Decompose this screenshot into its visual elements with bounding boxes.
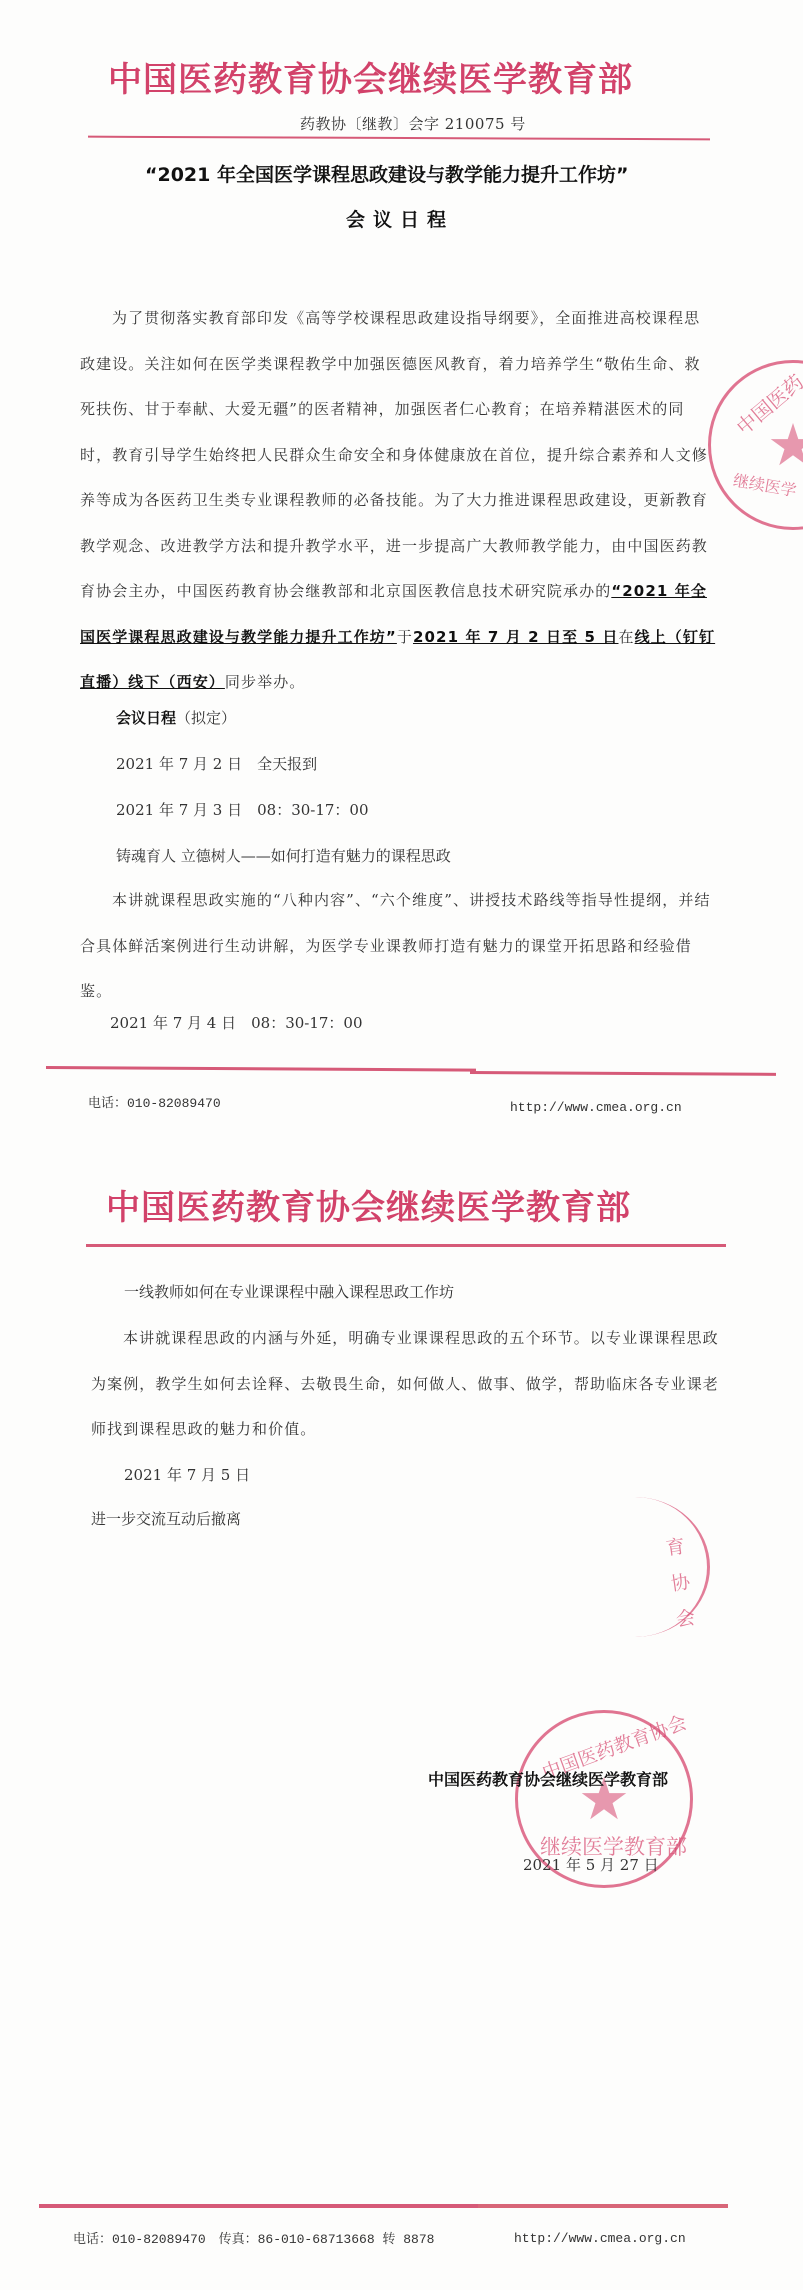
letterhead-title: 中国医药教育协会继续医学教育部 — [108, 52, 633, 101]
star-icon: ★ — [767, 416, 803, 474]
letterhead-title-page-2: 中国医药教育协会继续医学教育部 — [106, 1180, 631, 1229]
header-divider — [88, 136, 710, 141]
schedule-day-4: 2021 年 7 月 5 日 — [124, 1453, 250, 1498]
intro-connector: 于 — [397, 628, 413, 646]
event-dates: 2021 年 7 月 2 日至 5 日 — [413, 628, 619, 646]
partial-seal-stamp: 育协会 — [560, 1497, 710, 1637]
footer-divider-page-2 — [39, 2204, 481, 2208]
schedule-day-3-topic: 一线教师如何在专业课课程中融入课程思政工作坊 — [124, 1270, 454, 1315]
document-number: 药教协〔继教〕会字 210075 号 — [300, 113, 526, 134]
footer-phone: 电话：010-82089470 — [88, 1092, 221, 1111]
intro-text: 为了贯彻落实教育部印发《高等学校课程思政建设指导纲要》，全面推进高校课程思政建设… — [80, 309, 708, 600]
intro-end: 同步举办。 — [225, 673, 306, 691]
header-divider-page-2 — [86, 1244, 726, 1247]
footer-website-page-2[interactable]: http://www.cmea.org.cn — [514, 2231, 686, 2246]
document-title: “2021 年全国医学课程思政建设与教学能力提升工作坊” — [145, 160, 628, 187]
footer-website[interactable]: http://www.cmea.org.cn — [510, 1100, 682, 1115]
footer-divider-left — [46, 1066, 476, 1072]
schedule-day-2-topic: 铸魂育人 立德树人——如何打造有魅力的课程思政 — [116, 834, 451, 879]
intro-connector-2: 在 — [619, 628, 635, 646]
schedule-heading-note: （拟定） — [176, 709, 236, 727]
signature-organization: 中国医药教育协会继续医学教育部 — [428, 1767, 668, 1790]
schedule-day-2-description: 本讲就课程思政实施的“八种内容”、“六个维度”、讲授技术路线等指导性提纲，并结合… — [80, 878, 716, 1015]
intro-paragraph: 为了贯彻落实教育部印发《高等学校课程思政建设指导纲要》，全面推进高校课程思政建设… — [80, 296, 716, 706]
signature-date: 2021 年 5 月 27 日 — [523, 1855, 659, 1875]
document-subtitle: 会议日程 — [346, 205, 454, 232]
schedule-heading: 会议日程（拟定） — [116, 696, 236, 741]
schedule-day-3: 2021 年 7 月 4 日 08：30-17：00 — [110, 1001, 363, 1046]
schedule-day-2: 2021 年 7 月 3 日 08：30-17：00 — [116, 788, 369, 833]
official-seal-stamp: ★ 中国医药 继续医学 — [708, 360, 803, 530]
schedule-day-4-description: 进一步交流互动后撤离 — [91, 1497, 241, 1542]
schedule-day-1: 2021 年 7 月 2 日 全天报到 — [116, 742, 317, 787]
schedule-heading-label: 会议日程 — [116, 709, 176, 727]
footer-divider-right — [470, 1071, 776, 1076]
footer-divider-page-2-right — [478, 2204, 728, 2208]
footer-contact: 电话：010-82089470 传真：86-010-68713668 转 887… — [73, 2228, 434, 2247]
schedule-day-3-description: 本讲就课程思政的内涵与外延，明确专业课课程思政的五个环节。以专业课课程思政为案例… — [91, 1316, 731, 1453]
partial-stamp-text: 育协会 — [664, 1528, 701, 1638]
